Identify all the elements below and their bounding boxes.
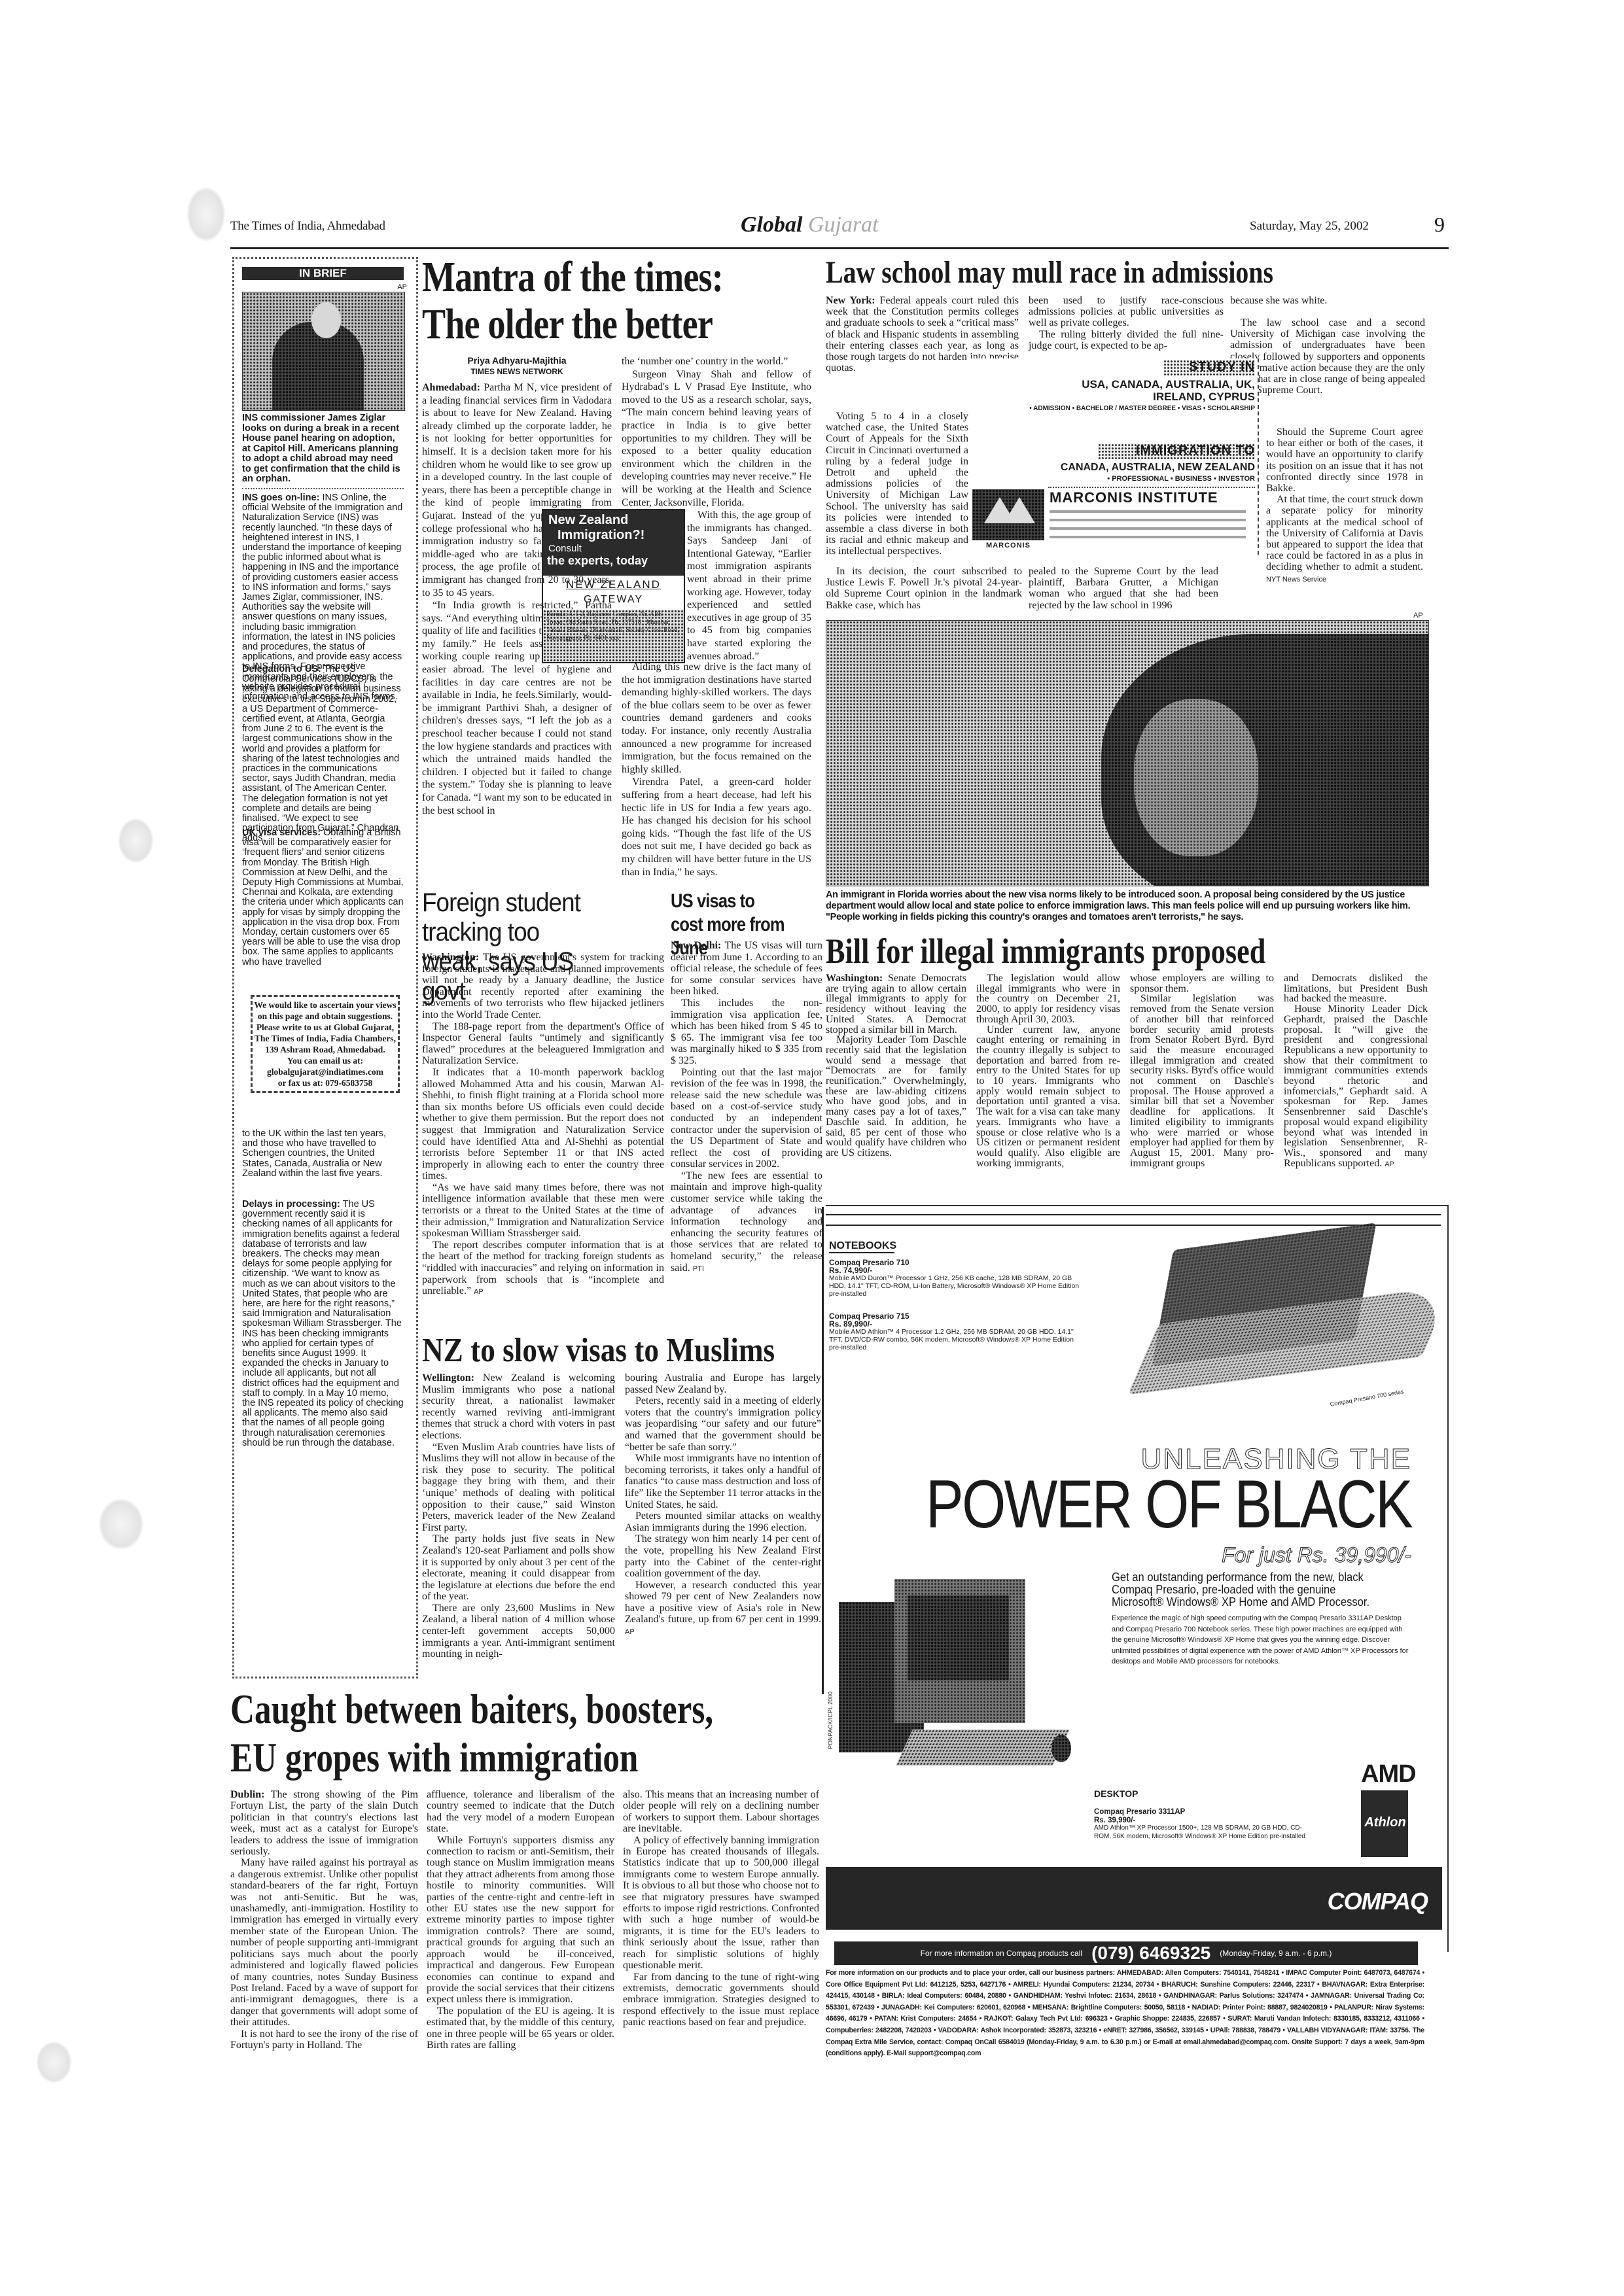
desktop-spec-block: Compaq Presario 3311AP Rs. 39,990/- AMD … [1094,1808,1310,1841]
florida-photo [826,620,1429,886]
us-visas-para: “The new fees are essential to maintain … [671,1170,822,1274]
foreign-student-para: “As we have said many times before, ther… [422,1182,664,1240]
marconis-ad[interactable]: STUDY IN USA, CANADA, AUSTRALIA, UK, IRE… [970,358,1259,555]
notebook2-specs: Mobile AMD Athlon™ 4 Processor 1.2 GHz, … [829,1328,1084,1351]
law-para: The ruling bitterly divided the full nin… [1029,329,1224,351]
nz-para: While most immigrants have no intention … [625,1453,821,1510]
brief-item-delegation: Delegation to US: The US Commercial Serv… [242,665,404,844]
bill-para: whose employers are willing to sponsor t… [1130,973,1274,994]
mantra-col2-side: With this, the age group of the immigran… [687,509,811,663]
amd-logo: AMD [1361,1760,1416,1788]
ad-top-rule [826,1214,1441,1215]
nz-gateway-ad[interactable]: New Zealand Immigration?! Consult the ex… [542,509,685,663]
us-visas-para: This includes the non-immigration visa a… [671,998,822,1067]
nz-headline: NZ to slow visas to Muslims [422,1333,821,1368]
feedback-box: We would like to ascertain your views on… [251,995,400,1093]
mantra-headline: Mantra of the times: The older the bette… [422,254,754,348]
florida-photo-credit: AP [1413,612,1423,619]
law-col2-bottom: pealed to the Supreme Court by the lead … [1029,566,1218,611]
feedback-fax: or fax us at: 079-6583758 [254,1077,397,1088]
law-col3-side: Should the Supreme Court agree to hear e… [1266,426,1423,585]
notebook1-specs: Mobile AMD Duron™ Processor 1 GHz, 256 K… [829,1274,1084,1298]
in-brief-sidebar: IN BRIEF AP INS commissioner James Zigla… [232,257,418,1679]
study-in-label: STUDY IN [1163,360,1255,375]
foreign-student-dateline: Washington: [422,952,479,963]
nz-col1: Wellington: New Zealand is welcoming Mus… [422,1372,615,1660]
desktop-price: Rs. 39,990/- [1094,1817,1310,1825]
desktop-name: Compaq Presario 3311AP [1094,1808,1310,1817]
compaq-phone-number[interactable]: (079) 6469325 [1091,1943,1210,1964]
article-credit: AP [1385,1160,1394,1168]
mantra-para: Aiding this new drive is the fact many o… [622,661,811,776]
photo-face [1134,699,1258,856]
florida-photo-caption: An immigrant in Florida worries about th… [826,890,1428,922]
mantra-headline-line1: Mantra of the times: [422,254,754,301]
eu-para: Many have railed against his portrayal a… [230,1857,418,2028]
bill-dateline: Washington: [826,973,883,984]
nz-dateline: Wellington: [422,1372,474,1383]
eu-headline-line1: Caught between baiters, boosters, [230,1685,701,1733]
byline-agency: TIMES NEWS NETWORK [422,366,612,377]
compaq-phone-band: For more information on Compaq products … [834,1941,1418,1965]
nz-ad-title1: New Zealand [543,510,684,528]
bill-col4: and Democrats disliked the limitations, … [1284,973,1428,1170]
eu-para: Far from dancing to the tune of right-wi… [623,1972,819,2028]
study-services: • ADMISSION • BACHELOR / MASTER DEGREE •… [1019,404,1255,413]
ziglar-photo [242,292,405,411]
brief-item-text: Obtaining a British visa will be compara… [242,827,404,967]
law-para: been used to justify race-conscious admi… [1029,295,1224,329]
article-credit: NYT News Service [1266,576,1326,583]
bill-col3: whose employers are willing to sponsor t… [1130,973,1274,1168]
brief-item-title: INS goes on-line: [242,493,319,503]
law-school-headline: Law school may mull race in admissions [826,256,1423,289]
nz-para: Peters mounted similar attacks on wealth… [625,1510,821,1533]
compaq-brand-band: COMPAQ [826,1867,1442,1930]
bill-para: Under current law, anyone caught enterin… [976,1025,1120,1169]
nz-ad-address: Baroda: A-1-2, Rajlaxmi Complex, Nr. ABS… [543,610,684,662]
notebook1-price: Rs. 74,990/- [829,1266,1084,1274]
article-credit: AP [625,1628,635,1636]
nz-para: bouring Australia and Europe has largely… [625,1372,821,1395]
page-date: Saturday, May 25, 2002 [1250,219,1369,234]
side-code: PONPACK/ICPL 2000 [827,1638,834,1749]
masthead-rule [230,247,1449,249]
section-title: Global Gujarat [741,213,879,237]
nz-col2: bouring Australia and Europe has largely… [625,1372,821,1639]
section-title-bold: Global [741,213,802,237]
nz-para: Peters, recently said in a meeting of el… [625,1395,821,1453]
marconis-logo [972,489,1044,540]
bill-col1: Washington: Senate Democrats are trying … [826,973,966,1158]
eu-col2: affluence, tolerance and liberalism of t… [427,1789,614,2051]
law-col1-lower: Voting 5 to 4 in a closely watched case,… [826,411,968,557]
law-para: The law school case and a second Univers… [1230,317,1425,396]
marconis-institute-name: MARCONIS INSTITUTE [1050,489,1218,506]
mantra-para: Surgeon Vinay Shah and fellow of Hydraba… [622,368,811,510]
study-countries: USA, CANADA, AUSTRALIA, UK, IRELAND, CYP… [1033,378,1255,403]
marconis-logo-text: MARCONIS [972,542,1044,549]
power-of-black-title: POWER OF BLACK [926,1468,1411,1541]
byline-author: Priya Adhyaru-Majithia [422,355,612,366]
paper-scuff [186,186,226,242]
caption-divider [242,488,404,489]
eu-col3: also. This means that an increasing numb… [623,1789,819,2028]
bill-para: Majority Leader Tom Daschle recently sai… [826,1035,966,1158]
athlon-logo: Athlon [1362,1815,1408,1830]
mantra-col2-top: the ‘number one’ country in the world.” … [622,355,811,509]
page-header: The Times of India, Ahmedabad Global Guj… [230,213,1449,242]
info-prefix: For more information on Compaq products … [921,1949,1082,1958]
ad-body: Experience the magic of high speed compu… [1112,1613,1413,1667]
bill-para: House Minority Leader Dick Gephardt, pra… [1284,1003,1428,1169]
us-visas-dateline: New Delhi: [671,940,721,951]
column-rule [822,1207,824,1694]
immigration-services: • PROFESSIONAL • BUSINESS • INVESTOR [993,475,1255,483]
law-col3: because she was white. [1230,295,1425,306]
law-para: because she was white. [1230,295,1425,306]
foreign-student-para: It indicates that a 10-month paperwork b… [422,1067,664,1182]
nz-para: The party holds just five seats in New Z… [422,1533,615,1603]
article-credit: AP [474,1288,484,1296]
mouse-image [1051,1735,1071,1762]
nz-ad-top: New Zealand Immigration?! Consult the ex… [543,510,684,576]
marconis-address-lines [1050,508,1246,542]
eu-para: The population of the EU is ageing. It i… [427,2006,614,2051]
nz-para: The strategy won him nearly 14 per cent … [625,1533,821,1579]
feedback-email-label: You can email us at: [254,1055,397,1066]
foreign-student-body: Washington: The US government's system f… [422,952,664,1298]
nz-para: “Even Muslim Arab countries have lists o… [422,1442,615,1534]
paper-scuff [118,818,154,863]
eu-col1: Dublin: The strong showing of the Pim Fo… [230,1789,418,2051]
eu-para: While Fortuyn's supporters dismiss any c… [427,1835,614,2006]
nz-ad-brand2: GATEWAY [543,594,684,606]
mantra-para: the ‘number one’ country in the world.” [622,355,811,368]
nz-para: There are only 23,600 Muslims in New Zea… [422,1603,615,1660]
brief-item-title: Delays in processing: [242,1199,340,1209]
nz-ad-tagline: the experts, today [543,554,684,568]
page-number: 9 [1434,213,1445,237]
eu-para: also. This means that an increasing numb… [623,1789,819,1835]
nz-ad-consult: Consult [543,543,684,554]
bill-headline: Bill for illegal immigrants proposed [826,932,1309,970]
bill-para: and Democrats disliked the limitations, … [1284,973,1428,1004]
law-col2: been used to justify race-conscious admi… [1029,295,1224,351]
photo-credit: AP [397,283,407,291]
law-col3-lower: The law school case and a second Univers… [1230,317,1425,396]
notebook2: Compaq Presario 715 Rs. 89,990/- Mobile … [829,1312,1084,1351]
brief-item-uk-visa-continued: to the UK within the last ten years, and… [242,1129,404,1179]
price-line: For just Rs. 39,990/- [1222,1543,1411,1567]
eu-para: A policy of effectively banning immigrat… [623,1835,819,1972]
section-title-script: Gujarat [808,213,879,237]
paper-scuff [36,2041,72,2083]
law-col1-bottom: In its decision, the court subscribed to… [826,566,1022,611]
bill-col2: The legislation would allow illegal immi… [976,973,1120,1168]
athlon-logo-box: Athlon [1361,1790,1408,1857]
eu-dateline: Dublin: [230,1789,264,1800]
eu-para: It is not hard to see the irony of the r… [230,2028,418,2051]
law-dateline: New York: [826,295,875,306]
business-partners: For more information on our products and… [826,1968,1424,2060]
eu-headline-line2: EU gropes with immigration [230,1733,701,1782]
photo-head [311,302,341,338]
feedback-email[interactable]: globalgujarat@indiatimes.com [254,1066,397,1077]
logo-triangle-icon [1004,497,1035,523]
brief-item-delays: Delays in processing: The US government … [242,1200,404,1448]
nz-ad-title2: Immigration?! [543,528,684,543]
compaq-logo: COMPAQ [1328,1888,1428,1915]
brief-item-title: Delegation to US: [242,664,321,674]
notebook1: Compaq Presario 710 Rs. 74,990/- Mobile … [829,1259,1084,1298]
nz-ad-brand1: NEW ZEALAND [543,578,684,591]
laptop-label: Compaq Presario 700 series [1330,1388,1404,1408]
mantra-headline-line2: The older the better [422,301,754,348]
mantra-para: With this, the age group of the immigran… [687,509,811,663]
brief-item-uk-visa: UK visa services: Obtaining a British vi… [242,828,404,967]
law-para: At that time, the court struck down a se… [1266,494,1423,572]
law-para: pealed to the Supreme Court by the lead … [1029,566,1218,611]
law-para: Should the Supreme Court agree to hear e… [1266,426,1423,494]
paper-edition: The Times of India, Ahmedabad [230,219,385,234]
paper-scuff [98,1498,144,1550]
keyboard-image [896,1730,1070,1765]
feedback-text: We would like to ascertain your views on… [254,1000,397,1055]
bill-para: The legislation would allow illegal immi… [976,973,1120,1025]
mantra-byline: Priya Adhyaru-Majithia TIMES NEWS NETWOR… [422,355,612,377]
foreign-student-para: The 188-page report from the department'… [422,1021,664,1067]
brief-item-text: The US Commercial Services (USCS) is tak… [242,664,401,843]
article-credit: PTI [693,1265,704,1273]
desktop-specs: AMD Athlon™ XP Processor 1500+, 128 MB S… [1094,1824,1310,1841]
notebooks-label: NOTEBOOKS [829,1240,894,1253]
phone-hours: (Monday-Friday, 9 a.m. - 6 p.m.) [1220,1949,1332,1958]
foreign-student-para: The report describes computer informatio… [422,1240,664,1296]
ad-divider [1048,487,1255,488]
desktop-label: DESKTOP [1094,1788,1138,1799]
brief-item-title: UK visa services: [242,827,321,838]
brief-item-text: The US government recently said it is ch… [242,1199,404,1448]
mantra-dateline: Ahmedabad: [422,382,480,393]
bill-para: Similar legislation was removed from the… [1130,994,1274,1168]
law-para: In its decision, the court subscribed to… [826,566,1022,611]
eu-para: affluence, tolerance and liberalism of t… [427,1789,614,1835]
immigration-countries: CANADA, AUSTRALIA, NEW ZEALAND [993,462,1255,474]
us-visas-para: Pointing out that the last major revisio… [671,1067,822,1170]
immigration-to-label: IMMIGRATION TO [1098,444,1255,459]
law-para: Voting 5 to 4 in a closely watched case,… [826,411,968,557]
photo-caption: INS commissioner James Ziglar looks on d… [242,413,404,485]
nz-para: However, a research conducted this year … [625,1580,821,1626]
desktop-screen-image [908,1595,1009,1680]
compaq-ad[interactable]: NOTEBOOKS Compaq Presario 710 Rs. 74,990… [826,1205,1449,1952]
mantra-para: Virendra Patel, a green-card holder suff… [622,776,811,878]
in-brief-header: IN BRIEF [242,267,404,280]
us-visas-body: New Delhi: The US visas will turn dearer… [671,940,822,1313]
notebook2-price: Rs. 89,990/- [829,1320,1084,1328]
mantra-col2-bottom: Aiding this new drive is the fact many o… [622,661,811,878]
eu-headline: Caught between baiters, boosters, EU gro… [230,1685,701,1782]
ad-intro: Get an outstanding performance from the … [1112,1571,1388,1609]
